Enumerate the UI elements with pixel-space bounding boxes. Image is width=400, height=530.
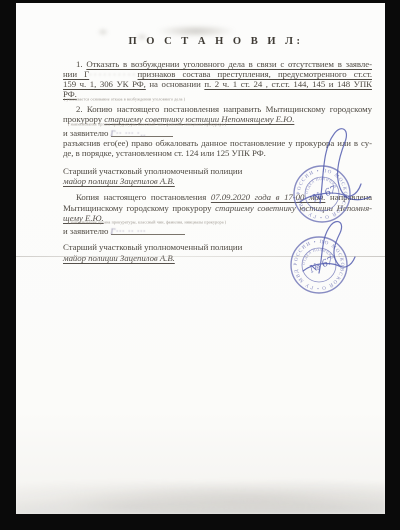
para1-l3-articles: 159 ч. 1, 306 УК РФ, [63, 79, 146, 89]
stamp-rim-text: • ГУ МВД РОССИИ • ПО МОСКОВСКОЙ ОБЛАСТИ [257, 174, 344, 290]
para1-caption: ( указывается основание отказа в возбужд… [64, 98, 185, 102]
applicant-blank-line: Г·· ··· ·‥ [111, 128, 173, 137]
para1-l1-text: Отказать в возбуждении уголовного дела в… [86, 59, 372, 69]
para3-l2-plain: Мытищинскому городскому прокурору [63, 203, 215, 213]
applicant-blank-line-2: Г··· ·· ··· [111, 226, 185, 235]
para1-l2-text2: признаков состава преступления, предусмо… [138, 69, 373, 79]
scan-smudge [98, 29, 108, 35]
officer-name-2: майор полиции Зацепилов А.В. [63, 253, 175, 263]
para1-line3: 159 ч. 1, 306 УК РФ, на основании п. 2 ч… [63, 79, 372, 89]
document-title: П О С Т А Н О В И Л: [56, 36, 376, 47]
applicant-label: и заявителю [63, 128, 111, 138]
para1-line2: нии Г··········признаков состава преступ… [63, 69, 372, 79]
para3-l1-plain: Копия настоящего постановления [76, 192, 211, 202]
para1-line1: 1. Отказать в возбуждении уголовного дел… [76, 59, 372, 69]
para2-caption: ( наименование органа прокуратуры, класс… [68, 123, 226, 127]
officer-name-1-text: майор полиции Зацепилов А.В. [63, 176, 175, 186]
para3-line4: и заявителю Г··· ·· ··· [63, 226, 185, 236]
para1-l3-mid: на основании [146, 79, 205, 89]
officer-position-2: Старший участковый уполномоченный полици… [63, 242, 242, 252]
redacted-name: ·········· [89, 71, 137, 79]
police-stamp-2: • ГУ МВД РОССИИ • ПО МОСКОВСКОЙ ОБЛАСТИ … [259, 177, 379, 327]
applicant-handwriting-2: Г··· ·· ··· [111, 227, 147, 236]
para2-line5: де, в порядке, установленном ст. 124 или… [63, 148, 266, 158]
para1-number: 1. [76, 59, 86, 69]
para1-l3-basis: п. 2 ч. 1 ст. 24 , ст.ст. 144, 145 и 148… [204, 79, 372, 89]
para1-l2-text: нии Г [63, 69, 89, 79]
document-page: П О С Т А Н О В И Л: 1. Отказать в возбу… [16, 3, 385, 514]
scan-noise [16, 474, 385, 514]
applicant-handwriting: Г·· ··· ·‥ [111, 129, 147, 138]
officer-name-2-text: майор полиции Зацепилов А.В. [63, 253, 175, 263]
para2-line3: и заявителю Г·· ··· ·‥ [63, 128, 173, 138]
scanned-document-photo: { "colors": { "background": "#0a0a0a", "… [0, 0, 400, 530]
para3-caption: ( наименование органа прокуратуры, класс… [68, 221, 226, 225]
officer-name-1: майор полиции Зацепилов А.В. [63, 176, 175, 186]
officer-position-1: Старший участковый уполномоченный полици… [63, 166, 242, 176]
applicant-label-2: и заявителю [63, 226, 111, 236]
